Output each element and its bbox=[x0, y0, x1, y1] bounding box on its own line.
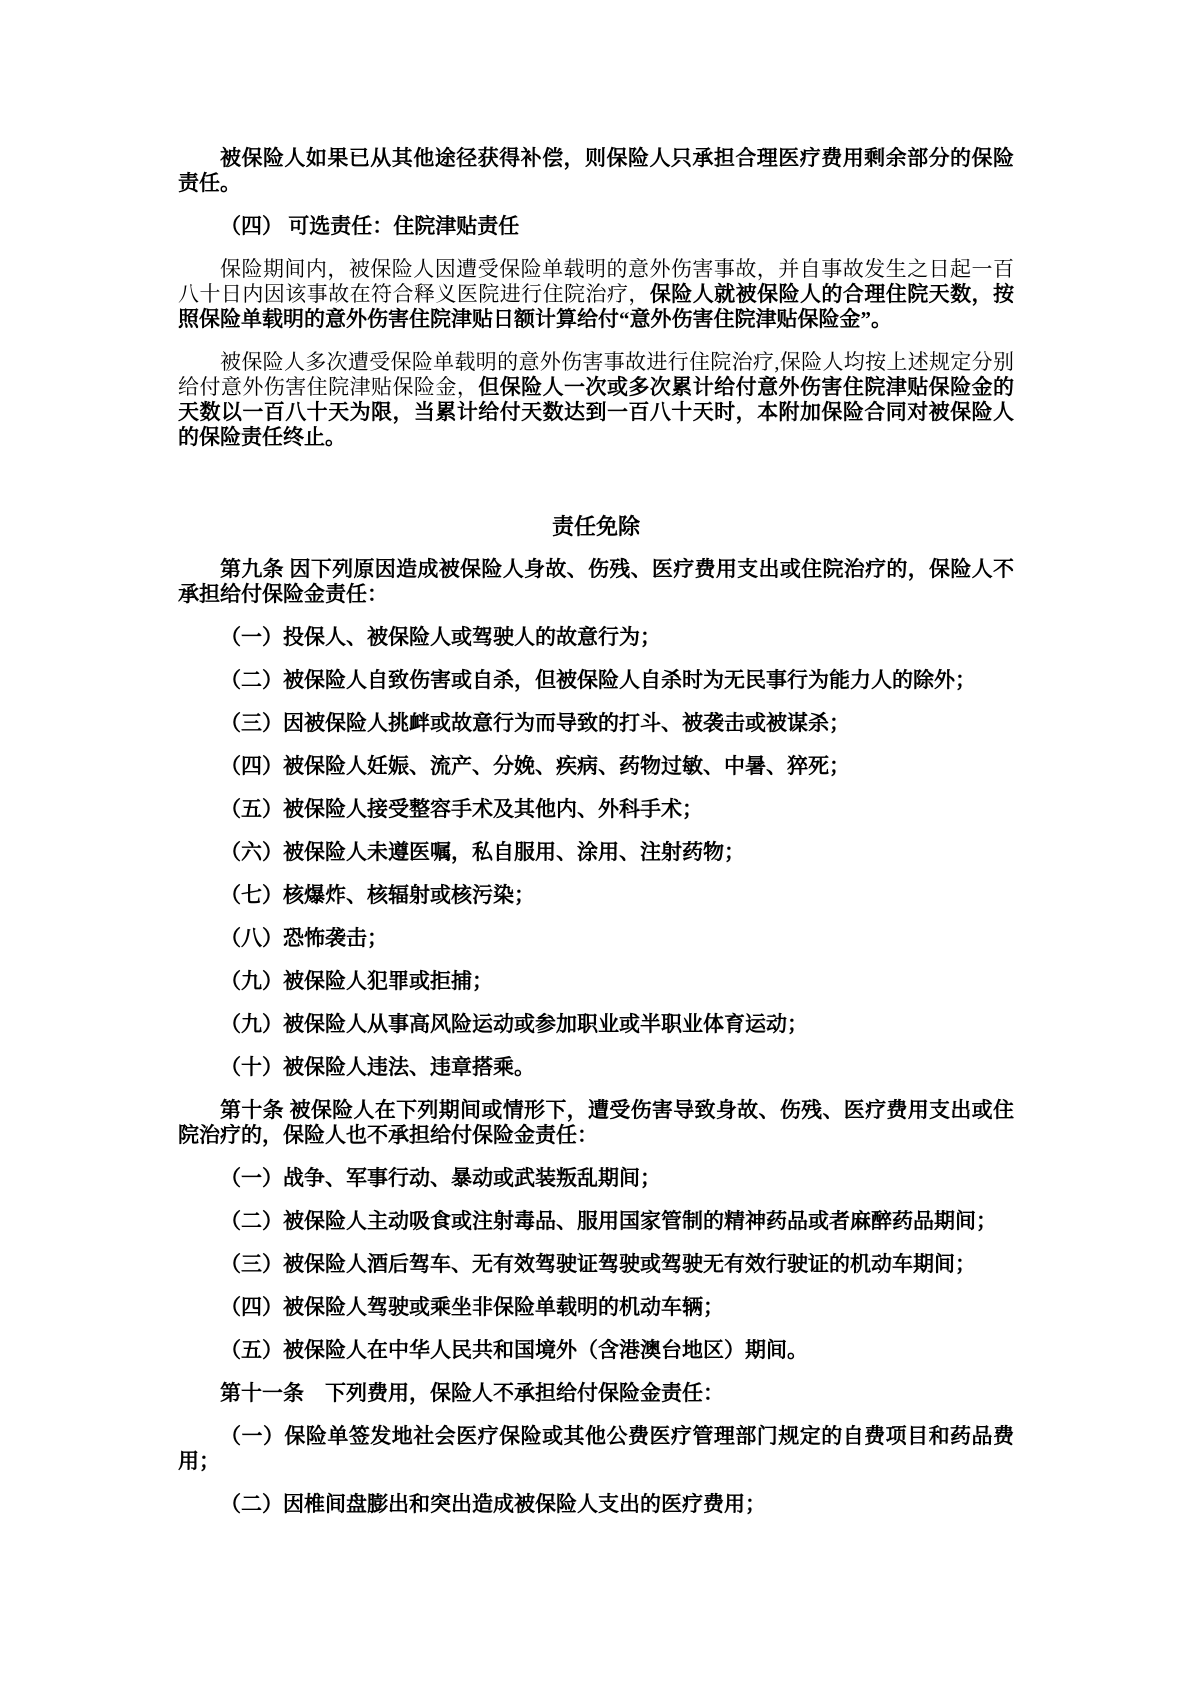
bold-text-run: （四）被保险人驾驶或乘坐非保险单载明的机动车辆； bbox=[220, 1295, 724, 1319]
bold-text-run: （九）被保险人从事高风险运动或参加职业或半职业体育运动； bbox=[220, 1012, 808, 1036]
bold-text-run: （一）保险单签发地社会医疗保险或其他公费医疗管理部门规定的自费项目和药品费用； bbox=[178, 1424, 1014, 1473]
bold-text-run: （十）被保险人违法、违章搭乘。 bbox=[220, 1055, 535, 1079]
bold-text-run: 第十条 被保险人在下列期间或情形下，遭受伤害导致身故、伤残、医疗费用支出或住院治… bbox=[178, 1098, 1014, 1147]
list-item: （二）被保险人主动吸食或注射毒品、服用国家管制的精神药品或者麻醉药品期间； bbox=[178, 1209, 1014, 1234]
list-item: （四）被保险人驾驶或乘坐非保险单载明的机动车辆； bbox=[178, 1295, 1014, 1320]
bold-text-run: （五）被保险人在中华人民共和国境外（含港澳台地区）期间。 bbox=[220, 1338, 808, 1362]
section-heading: 责任免除 bbox=[178, 514, 1014, 539]
bold-text-run: （四） 可选责任：住院津贴责任 bbox=[220, 214, 519, 238]
document-content: 被保险人如果已从其他途径获得补偿，则保险人只承担合理医疗费用剩余部分的保险责任。… bbox=[178, 146, 1014, 1535]
bold-text-run: （九）被保险人犯罪或拒捕； bbox=[220, 969, 493, 993]
bold-text-run: （一）投保人、被保险人或驾驶人的故意行为； bbox=[220, 625, 661, 649]
list-item: （十）被保险人违法、违章搭乘。 bbox=[178, 1055, 1014, 1080]
list-item: （九）被保险人犯罪或拒捕； bbox=[178, 969, 1014, 994]
list-item: （五）被保险人在中华人民共和国境外（含港澳台地区）期间。 bbox=[178, 1338, 1014, 1363]
bold-text-run: （六）被保险人未遵医嘱，私自服用、涂用、注射药物； bbox=[220, 840, 745, 864]
bold-text-run: （二）被保险人自致伤害或自杀，但被保险人自杀时为无民事行为能力人的除外； bbox=[220, 668, 976, 692]
list-item: （二）被保险人自致伤害或自杀，但被保险人自杀时为无民事行为能力人的除外； bbox=[178, 668, 1014, 693]
bold-text-run: （二）因椎间盘膨出和突出造成被保险人支出的医疗费用； bbox=[220, 1492, 766, 1516]
bold-text-run: 被保险人如果已从其他途径获得补偿，则保险人只承担合理医疗费用剩余部分的保险责任。 bbox=[178, 146, 1014, 195]
bold-text-run: （四）被保险人妊娠、流产、分娩、疾病、药物过敏、中暑、猝死； bbox=[220, 754, 850, 778]
paragraph: 被保险人如果已从其他途径获得补偿，则保险人只承担合理医疗费用剩余部分的保险责任。 bbox=[178, 146, 1014, 196]
bold-text-run: （一）战争、军事行动、暴动或武装叛乱期间； bbox=[220, 1166, 661, 1190]
list-item: （七）核爆炸、核辐射或核污染； bbox=[178, 883, 1014, 908]
bold-text-run: （二）被保险人主动吸食或注射毒品、服用国家管制的精神药品或者麻醉药品期间； bbox=[220, 1209, 997, 1233]
list-item: （三）被保险人酒后驾车、无有效驾驶证驾驶或驾驶无有效行驶证的机动车期间； bbox=[178, 1252, 1014, 1277]
bold-text-run: （三）被保险人酒后驾车、无有效驾驶证驾驶或驾驶无有效行驶证的机动车期间； bbox=[220, 1252, 976, 1276]
paragraph: 第九条 因下列原因造成被保险人身故、伤残、医疗费用支出或住院治疗的，保险人不承担… bbox=[178, 557, 1014, 607]
bold-text-run: （五）被保险人接受整容手术及其他内、外科手术； bbox=[220, 797, 703, 821]
list-item: （一）战争、军事行动、暴动或武装叛乱期间； bbox=[178, 1166, 1014, 1191]
bold-text-run: （七）核爆炸、核辐射或核污染； bbox=[220, 883, 535, 907]
list-item: （八）恐怖袭击； bbox=[178, 926, 1014, 951]
bold-text-run: 责任免除 bbox=[552, 514, 640, 539]
bold-text-run: 第九条 因下列原因造成被保险人身故、伤残、医疗费用支出或住院治疗的，保险人不承担… bbox=[178, 557, 1014, 606]
bold-text-run: （八）恐怖袭击； bbox=[220, 926, 388, 950]
list-item: （二）因椎间盘膨出和突出造成被保险人支出的医疗费用； bbox=[178, 1492, 1014, 1517]
list-item: （六）被保险人未遵医嘱，私自服用、涂用、注射药物； bbox=[178, 840, 1014, 865]
list-item: （九）被保险人从事高风险运动或参加职业或半职业体育运动； bbox=[178, 1012, 1014, 1037]
paragraph: 第十条 被保险人在下列期间或情形下，遭受伤害导致身故、伤残、医疗费用支出或住院治… bbox=[178, 1098, 1014, 1148]
list-item: （一）投保人、被保险人或驾驶人的故意行为； bbox=[178, 625, 1014, 650]
paragraph: （四） 可选责任：住院津贴责任 bbox=[178, 214, 1014, 239]
document-page: 被保险人如果已从其他途径获得补偿，则保险人只承担合理医疗费用剩余部分的保险责任。… bbox=[0, 0, 1191, 1684]
paragraph: 第十一条 下列费用，保险人不承担给付保险金责任： bbox=[178, 1381, 1014, 1406]
bold-text-run: 第十一条 下列费用，保险人不承担给付保险金责任： bbox=[220, 1381, 724, 1405]
list-item: （四）被保险人妊娠、流产、分娩、疾病、药物过敏、中暑、猝死； bbox=[178, 754, 1014, 779]
paragraph: 保险期间内，被保险人因遭受保险单载明的意外伤害事故，并自事故发生之日起一百八十日… bbox=[178, 257, 1014, 332]
list-item: （三）因被保险人挑衅或故意行为而导致的打斗、被袭击或被谋杀； bbox=[178, 711, 1014, 736]
paragraph: 被保险人多次遭受保险单载明的意外伤害事故进行住院治疗,保险人均按上述规定分别给付… bbox=[178, 350, 1014, 450]
list-item: （一）保险单签发地社会医疗保险或其他公费医疗管理部门规定的自费项目和药品费用； bbox=[178, 1424, 1014, 1474]
list-item: （五）被保险人接受整容手术及其他内、外科手术； bbox=[178, 797, 1014, 822]
bold-text-run: （三）因被保险人挑衅或故意行为而导致的打斗、被袭击或被谋杀； bbox=[220, 711, 850, 735]
